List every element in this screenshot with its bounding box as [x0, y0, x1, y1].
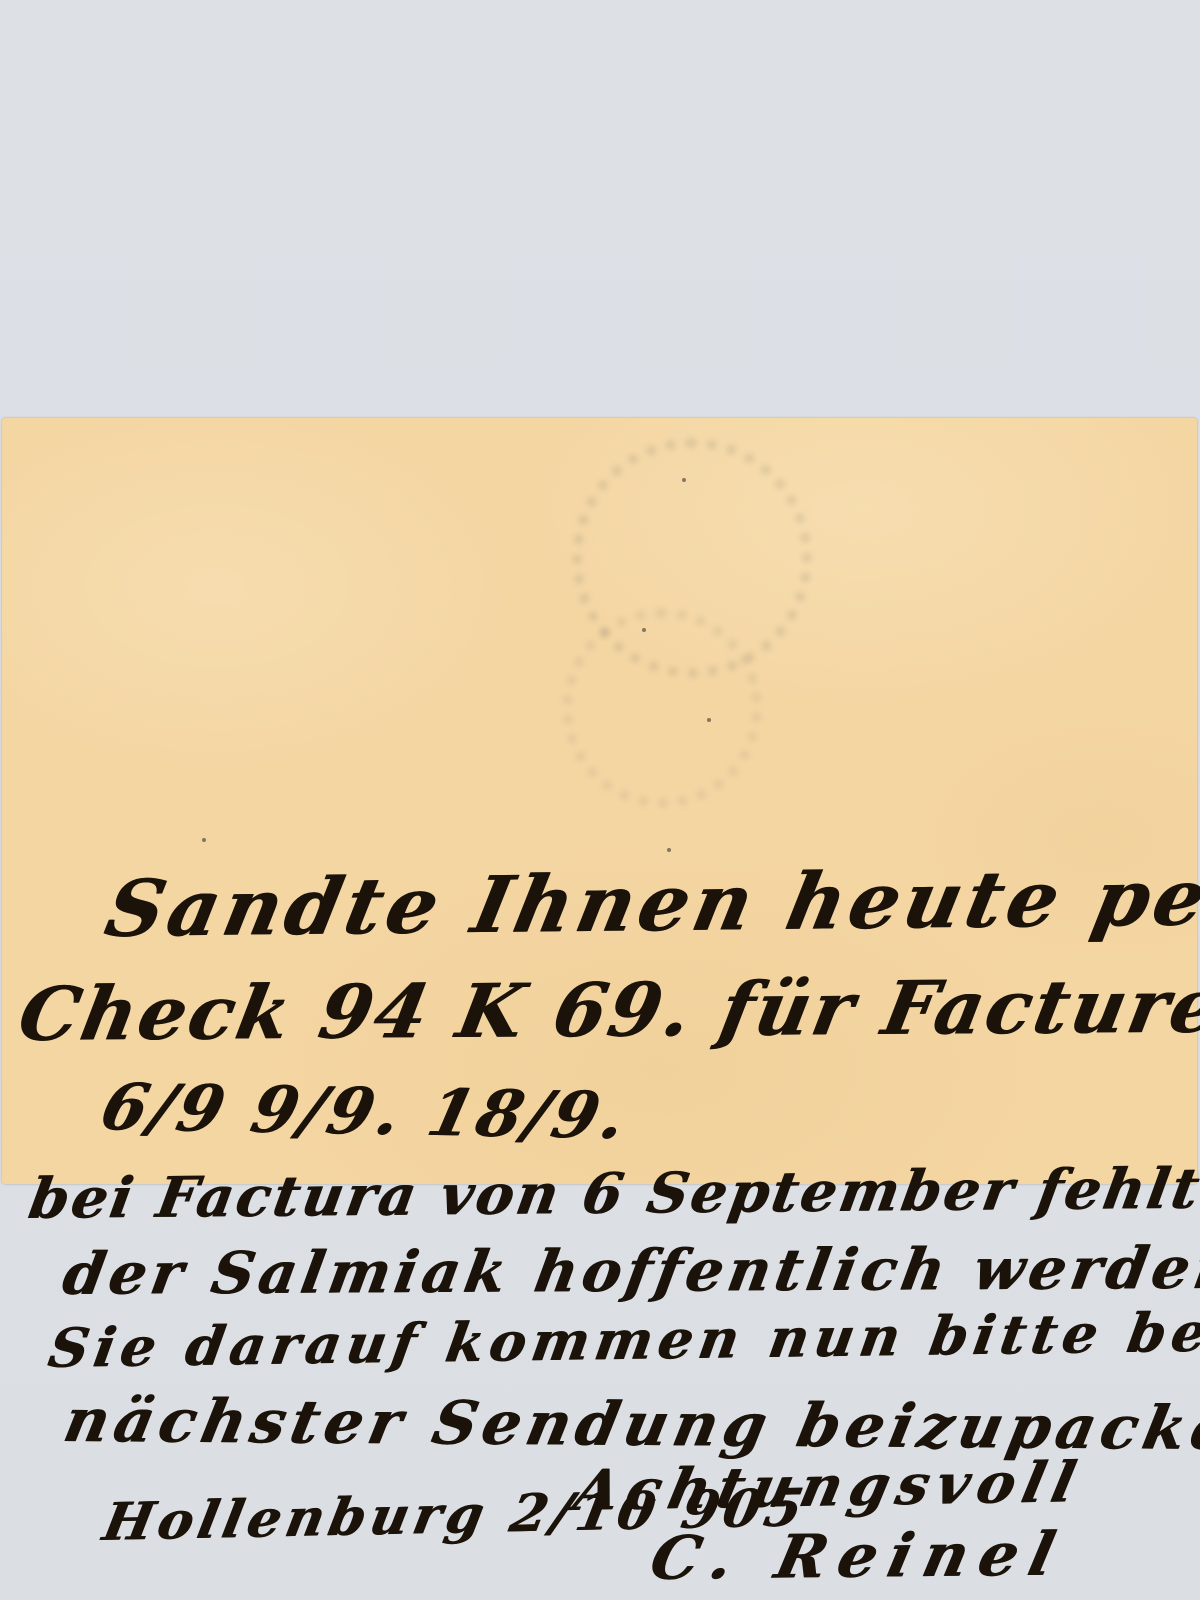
handwriting-line-1: Sandte Ihnen heute per — [98, 852, 1200, 955]
handwriting-line-4: bei Factura von 6 September fehlte — [24, 1155, 1200, 1232]
scan-background: Sandte Ihnen heute per Check 94 K 69. fü… — [0, 0, 1200, 1600]
ink-speck — [667, 848, 671, 852]
handwriting-line-6: Sie darauf kommen nun bitte bei — [44, 1299, 1200, 1380]
ink-speck — [202, 838, 206, 842]
ink-speck — [682, 478, 686, 482]
handwriting-line-3: 6/9 9/9. 18/9. — [94, 1070, 636, 1154]
postmark-ghost-icon — [562, 608, 762, 808]
handwriting-line-signature: C. Reinel — [644, 1520, 1072, 1594]
handwriting-line-closing: Achtungsvoll — [568, 1449, 1089, 1524]
handwriting-line-5: der Salmiak hoffentlich werden — [58, 1234, 1200, 1308]
ink-speck — [642, 628, 646, 632]
postcard: Sandte Ihnen heute per Check 94 K 69. fü… — [2, 418, 1197, 1184]
ink-speck — [707, 718, 711, 722]
handwriting-line-2: Check 94 K 69. für Facturen — [12, 963, 1200, 1058]
